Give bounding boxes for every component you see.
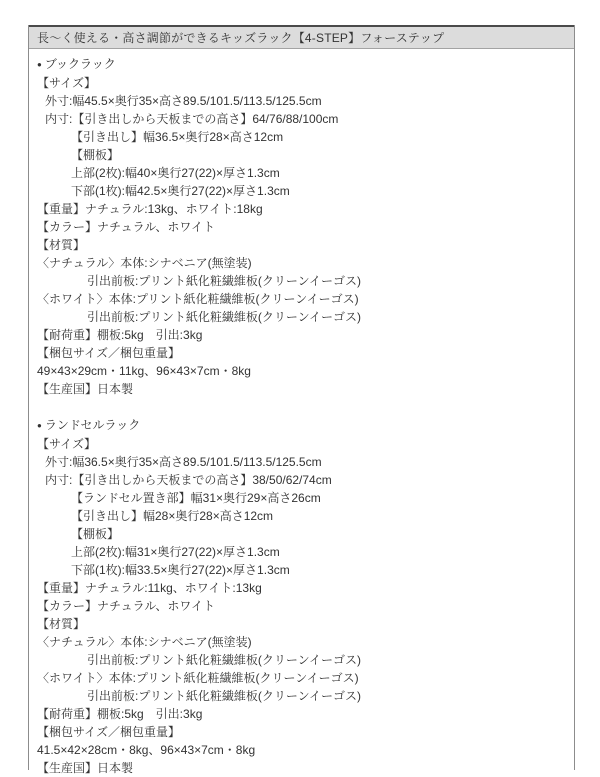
spec-sections: ●ブックラック 【サイズ】外寸:幅45.5×奥行35×高さ89.5/101.5/… <box>29 49 574 770</box>
spec-line: 【生産国】日本製 <box>37 380 566 398</box>
spec-section: ●ランドセルラック 【サイズ】外寸:幅36.5×奥行35×高さ89.5/101.… <box>37 416 566 770</box>
product-spec-panel: 長〜く使える・高さ調節ができるキッズラック【4-STEP】フォーステップ ●ブッ… <box>28 25 575 770</box>
spec-line: 引出前板:プリント紙化粧繊維板(クリーンイーゴス) <box>37 651 566 669</box>
spec-line: 41.5×42×28cm・8kg、96×43×7cm・8kg <box>37 741 566 759</box>
product-title: 長〜く使える・高さ調節ができるキッズラック【4-STEP】フォーステップ <box>37 29 444 46</box>
spec-line: 【引き出し】幅36.5×奥行28×高さ12cm <box>37 128 566 146</box>
spec-line: 引出前板:プリント紙化粧繊維板(クリーンイーゴス) <box>37 308 566 326</box>
spec-line: 上部(2枚):幅40×奥行27(22)×厚さ1.3cm <box>37 164 566 182</box>
spec-line: 【材質】 <box>37 236 566 254</box>
spec-line: 【梱包サイズ／梱包重量】 <box>37 344 566 362</box>
spec-section: ●ブックラック 【サイズ】外寸:幅45.5×奥行35×高さ89.5/101.5/… <box>37 55 566 398</box>
spec-line: 〈ホワイト〉本体:プリント紙化粧繊維板(クリーンイーゴス) <box>37 669 566 687</box>
spec-line: 下部(1枚):幅42.5×奥行27(22)×厚さ1.3cm <box>37 182 566 200</box>
section-title-line: ●ブックラック <box>37 55 566 74</box>
spec-line: 引出前板:プリント紙化粧繊維板(クリーンイーゴス) <box>37 687 566 705</box>
spec-line: 【材質】 <box>37 615 566 633</box>
spec-line: 【重量】ナチュラル:11kg、ホワイト:13kg <box>37 579 566 597</box>
spec-line: 【カラー】ナチュラル、ホワイト <box>37 218 566 236</box>
spec-line: 上部(2枚):幅31×奥行27(22)×厚さ1.3cm <box>37 543 566 561</box>
spec-line: 【生産国】日本製 <box>37 759 566 770</box>
spec-line: 【引き出し】幅28×奥行28×高さ12cm <box>37 507 566 525</box>
section-title-line: ●ランドセルラック <box>37 416 566 435</box>
spec-line: 【カラー】ナチュラル、ホワイト <box>37 597 566 615</box>
spec-line: 外寸:幅36.5×奥行35×高さ89.5/101.5/113.5/125.5cm <box>37 453 566 471</box>
spec-line: 内寸:【引き出しから天板までの高さ】64/76/88/100cm <box>37 110 566 128</box>
spec-line: 下部(1枚):幅33.5×奥行27(22)×厚さ1.3cm <box>37 561 566 579</box>
spec-line: 【サイズ】 <box>37 435 566 453</box>
spec-line: 引出前板:プリント紙化粧繊維板(クリーンイーゴス) <box>37 272 566 290</box>
spec-line: 〈ナチュラル〉本体:シナベニア(無塗装) <box>37 254 566 272</box>
spec-line: 【重量】ナチュラル:13kg、ホワイト:18kg <box>37 200 566 218</box>
bullet-icon: ● <box>37 421 42 430</box>
spec-line: 外寸:幅45.5×奥行35×高さ89.5/101.5/113.5/125.5cm <box>37 92 566 110</box>
section-lines: 【サイズ】外寸:幅45.5×奥行35×高さ89.5/101.5/113.5/12… <box>37 74 566 398</box>
spec-line: 【耐荷重】棚板:5kg 引出:3kg <box>37 326 566 344</box>
spec-line: 〈ナチュラル〉本体:シナベニア(無塗装) <box>37 633 566 651</box>
spec-line: 〈ホワイト〉本体:プリント紙化粧繊維板(クリーンイーゴス) <box>37 290 566 308</box>
spec-line: 内寸:【引き出しから天板までの高さ】38/50/62/74cm <box>37 471 566 489</box>
spec-line: 【梱包サイズ／梱包重量】 <box>37 723 566 741</box>
bullet-icon: ● <box>37 60 42 69</box>
section-title: ブックラック <box>45 57 116 71</box>
product-title-bar: 長〜く使える・高さ調節ができるキッズラック【4-STEP】フォーステップ <box>29 25 574 49</box>
spec-line: 【ランドセル置き部】幅31×奥行29×高さ26cm <box>37 489 566 507</box>
spec-line: 【棚板】 <box>37 525 566 543</box>
spec-line: 【棚板】 <box>37 146 566 164</box>
spec-line: 49×43×29cm・11kg、96×43×7cm・8kg <box>37 362 566 380</box>
spec-line: 【耐荷重】棚板:5kg 引出:3kg <box>37 705 566 723</box>
spec-line: 【サイズ】 <box>37 74 566 92</box>
section-lines: 【サイズ】外寸:幅36.5×奥行35×高さ89.5/101.5/113.5/12… <box>37 435 566 770</box>
section-title: ランドセルラック <box>45 418 140 432</box>
